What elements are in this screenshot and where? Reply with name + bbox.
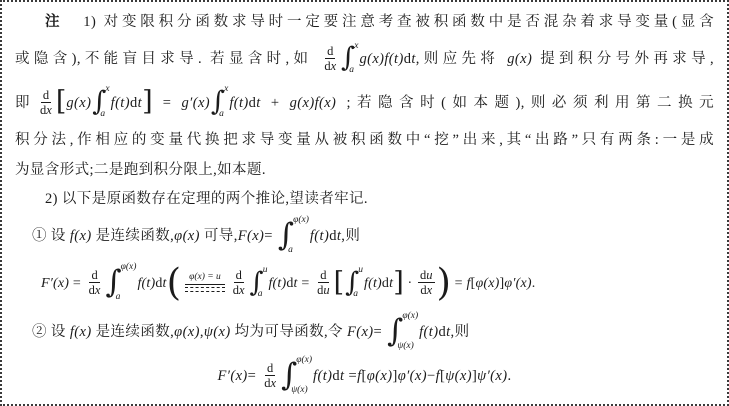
integral: ∫ua (250, 268, 268, 298)
math-italic: φ′(x) (398, 368, 427, 384)
math-italic: x (427, 283, 433, 297)
double-dashed-equals (185, 287, 225, 292)
text-run: ,则应先将 (416, 51, 507, 67)
math-italic: F′(x) (41, 276, 69, 291)
math-italic: u (323, 283, 329, 297)
integral-upper-limit: φ(x) (402, 312, 418, 322)
integral-limits: xa (221, 87, 228, 117)
big-delimiter: ) (437, 261, 451, 304)
note-line-9: ② 设 f(x) 是连续函数,φ(x),ψ(x) 均为可导函数,令 F(x)= … (15, 312, 714, 352)
math-italic: g(x) (66, 95, 91, 111)
integral-lower-limit: a (219, 110, 224, 120)
math-italic: φ(x) (293, 215, 309, 225)
math-italic: a (349, 65, 354, 75)
integral-upper-limit: x (105, 85, 109, 95)
math-italic: a (288, 245, 293, 255)
fraction-numerator: d (89, 268, 99, 283)
text-run: ,则 (451, 324, 470, 340)
note-line-6: 2) 以下是原函数存在定理的两个推论,望读者牢记. (15, 186, 714, 212)
math-italic: a (219, 109, 224, 119)
math-italic: F(x) (238, 228, 265, 244)
math-roman: d (438, 324, 446, 340)
integral-upper-limit: x (354, 42, 358, 52)
text-run: − (427, 368, 436, 384)
math-roman: d (43, 88, 49, 102)
math-italic: x (271, 376, 277, 390)
fraction-denominator: dx (231, 283, 247, 297)
math-roman: d (332, 368, 340, 384)
math-roman: d (236, 268, 242, 282)
math-italic: g(x)f(x) (290, 95, 337, 111)
math-italic: ψ(x) (204, 324, 231, 340)
integral-upper-limit: x (224, 85, 228, 95)
math-italic: u (358, 265, 363, 275)
text-run: 2) 以下是原函数存在定理的两个推论,望读者牢记. (45, 191, 368, 207)
math-italic: g(x) (507, 51, 532, 67)
fraction-denominator: dx (38, 103, 54, 117)
math-italic: u (426, 268, 432, 282)
text-run: 提到积分号外再求导, (532, 51, 714, 67)
integral-upper-limit: φ(x) (296, 356, 312, 366)
integral: ∫φ(x)ψ(x) (387, 314, 418, 350)
text-run: . (532, 276, 536, 291)
fraction-denominator: du (315, 283, 332, 297)
math-italic: f(t) (268, 276, 286, 291)
integral-lower-limit: ψ(x) (397, 342, 413, 352)
fraction: ddx (322, 44, 338, 74)
math-roman: d (130, 95, 138, 111)
math-roman: d (91, 268, 97, 282)
math-italic: ψ(x) (397, 341, 413, 351)
text-run: = (298, 276, 314, 291)
math-italic: F′(x) (218, 368, 248, 384)
integral-upper-limit: u (263, 266, 268, 276)
integral: ∫xa (211, 87, 228, 117)
text-run: 可导, (200, 228, 238, 244)
note-line-4: 积分法,作相应的变量代换把求导变量从被积函数中“挖”出来,其“出路”只有两条:一… (15, 127, 714, 153)
math-italic: x (224, 84, 228, 94)
math-roman: d (327, 44, 333, 58)
fraction: ddx (87, 268, 103, 298)
big-delimiter: ] (142, 86, 153, 117)
fraction-denominator: dx (87, 283, 103, 297)
fraction-denominator: dx (262, 376, 278, 390)
text-run: = (264, 228, 277, 244)
math-italic: u (263, 265, 268, 275)
math-italic: φ(x) (174, 324, 200, 340)
math-italic: f(t) (419, 324, 438, 340)
text-run: = (248, 368, 261, 384)
text-run: ;若隐含时(如本题),则必须利用第二换元 (336, 95, 714, 111)
math-italic: f(t) (111, 95, 130, 111)
math-italic: x (46, 103, 52, 117)
integral: ∫φ(x)ψ(x) (281, 358, 312, 394)
math-italic: φ(x) (367, 368, 393, 384)
integral: ∫φ(x)a (278, 218, 309, 254)
note-content: 注 1) 对变限积分函数求导时一定要注意考查被积函数中是否混杂着求导变量(显含或… (2, 2, 727, 404)
text-run: · (404, 276, 416, 291)
integral-limits: φ(x)ψ(x) (293, 358, 312, 394)
integral-lower-limit: a (288, 246, 293, 256)
text-run: 均为可导函数,令 (231, 324, 347, 340)
integral-upper-limit: u (358, 266, 363, 276)
integral-limits: ua (260, 268, 268, 298)
fraction: ddx (262, 361, 278, 391)
math-italic: f(t) (137, 276, 155, 291)
fraction-denominator: dx (418, 283, 434, 297)
math-italic: x (239, 283, 245, 297)
math-italic: φ(x) (475, 276, 499, 291)
math-italic: φ(x) (296, 355, 312, 365)
math-roman: d (155, 276, 162, 291)
fraction-numerator: du (418, 268, 435, 283)
substitution-note: φ(x) = u (185, 272, 225, 292)
math-italic: f(x) (70, 228, 92, 244)
math-italic: a (100, 109, 105, 119)
fraction-numerator: d (265, 361, 275, 376)
text-run: = (153, 95, 182, 111)
note-line-2: 或隐含),不能盲目求导. 若显含时,如 ddx∫xag(x)f(t)dt,则应先… (15, 39, 714, 79)
integral-limits: φ(x)a (118, 265, 137, 301)
integral-lower-limit: a (349, 66, 354, 76)
integral: ∫xa (341, 44, 358, 74)
math-roman: d (267, 361, 273, 375)
fraction-numerator: d (234, 268, 244, 283)
fraction: ddx (231, 268, 247, 298)
note-line-10: F′(x)= ddx∫φ(x)ψ(x)f(t)dt =f[φ(x)]φ′(x)−… (15, 356, 714, 396)
big-delimiter: ( (167, 261, 181, 304)
text-run: ① 设 (32, 228, 70, 244)
text-run: + (261, 95, 290, 111)
integral: ∫φ(x)a (105, 265, 136, 301)
note-panel: 注 1) 对变限积分函数求导时一定要注意考查被积函数中是否混杂着求导变量(显含或… (0, 0, 729, 406)
fraction: ddx (38, 88, 54, 118)
note-line-7: ① 设 f(x) 是连续函数,φ(x) 可导,F(x)= ∫φ(x)af(t)d… (15, 216, 714, 256)
big-delimiter: [ (334, 267, 345, 298)
text-run: 为显含形式;二是跑到积分限上,如本题. (15, 162, 266, 178)
fraction-numerator: d (325, 44, 335, 59)
math-italic: φ(x) (121, 262, 137, 272)
integral-limits: φ(x)ψ(x) (399, 314, 418, 350)
text-run: = (69, 276, 85, 291)
integral-limits: xa (351, 44, 358, 74)
integral: ∫xa (92, 87, 109, 117)
math-roman: d (286, 276, 293, 291)
integral-lower-limit: ψ(x) (291, 386, 307, 396)
math-roman: d (329, 228, 337, 244)
math-italic: a (116, 292, 121, 302)
integral-lower-limit: a (116, 293, 121, 303)
integral-upper-limit: φ(x) (121, 263, 137, 273)
text-run: ② 设 (32, 324, 70, 340)
math-italic: f(x) (70, 324, 92, 340)
math-italic: f(t) (313, 368, 332, 384)
math-italic: ψ(x) (445, 368, 472, 384)
text-run: . (507, 368, 511, 384)
integral-lower-limit: a (100, 110, 105, 120)
text-run: ,则 (341, 228, 360, 244)
math-italic: φ′(x) (504, 276, 531, 291)
math-italic: ψ′(x) (477, 368, 507, 384)
integral-limits: ua (355, 268, 363, 298)
math-italic: f(t) (310, 228, 329, 244)
integral-lower-limit: a (353, 290, 358, 300)
integral-upper-limit: φ(x) (293, 216, 309, 226)
math-italic: x (354, 41, 358, 51)
math-italic: a (353, 289, 358, 299)
math-italic: g(x)f(t) (359, 51, 403, 67)
note-line-1: 注 1) 对变限积分函数求导时一定要注意考查被积函数中是否混杂着求导变量(显含 (15, 9, 714, 35)
note-line-5: 为显含形式;二是跑到积分限上,如本题. (15, 157, 714, 183)
fraction-denominator: dx (322, 59, 338, 73)
substitution-label: φ(x) = u (185, 272, 225, 285)
big-delimiter: [ (56, 86, 67, 117)
math-italic: g′(x) (182, 95, 211, 111)
math-italic: a (258, 289, 263, 299)
text-run: 1) 对变限积分函数求导时一定要注意考查被积函数中是否混杂着求导变量(显含 (65, 14, 714, 30)
text-run: = (451, 276, 467, 291)
bold-text: 注 (45, 14, 65, 30)
fraction-numerator: d (41, 88, 51, 103)
text-run: 即 (15, 95, 36, 111)
note-line-3: 即ddx[g(x)∫xaf(t)dt] = g′(x)∫xaf(t)dt + g… (15, 83, 714, 123)
math-roman: d (320, 268, 326, 282)
text-run: = (374, 324, 387, 340)
text-run: 积分法,作相应的变量代换把求导变量从被积函数中“挖”出来,其“出路”只有两条:一… (15, 132, 714, 148)
integral-limits: φ(x)a (290, 218, 309, 254)
fraction-numerator: d (318, 268, 328, 283)
fraction: dudx (418, 268, 435, 298)
big-delimiter: ] (393, 267, 404, 298)
math-italic: x (105, 84, 109, 94)
math-italic: φ(x) (174, 228, 200, 244)
note-line-8: F′(x) = ddx∫φ(x)af(t)dt(φ(x) = uddx∫uaf(… (15, 260, 714, 308)
math-italic: f(t) (229, 95, 248, 111)
text-run: 或隐含),不能盲目求导. 若显含时,如 (15, 51, 320, 67)
text-run: = (344, 368, 357, 384)
math-italic: φ(x) (402, 311, 418, 321)
math-italic: f(t) (364, 276, 382, 291)
math-italic: ψ(x) (291, 385, 307, 395)
text-run: 是连续函数, (92, 228, 175, 244)
integral: ∫ua (345, 268, 363, 298)
text-run: 是连续函数, (92, 324, 175, 340)
math-italic: x (95, 283, 101, 297)
integral-lower-limit: a (258, 290, 263, 300)
fraction: ddu (315, 268, 332, 298)
integral-limits: xa (102, 87, 109, 117)
math-italic: F(x) (347, 324, 374, 340)
math-italic: x (331, 59, 337, 73)
